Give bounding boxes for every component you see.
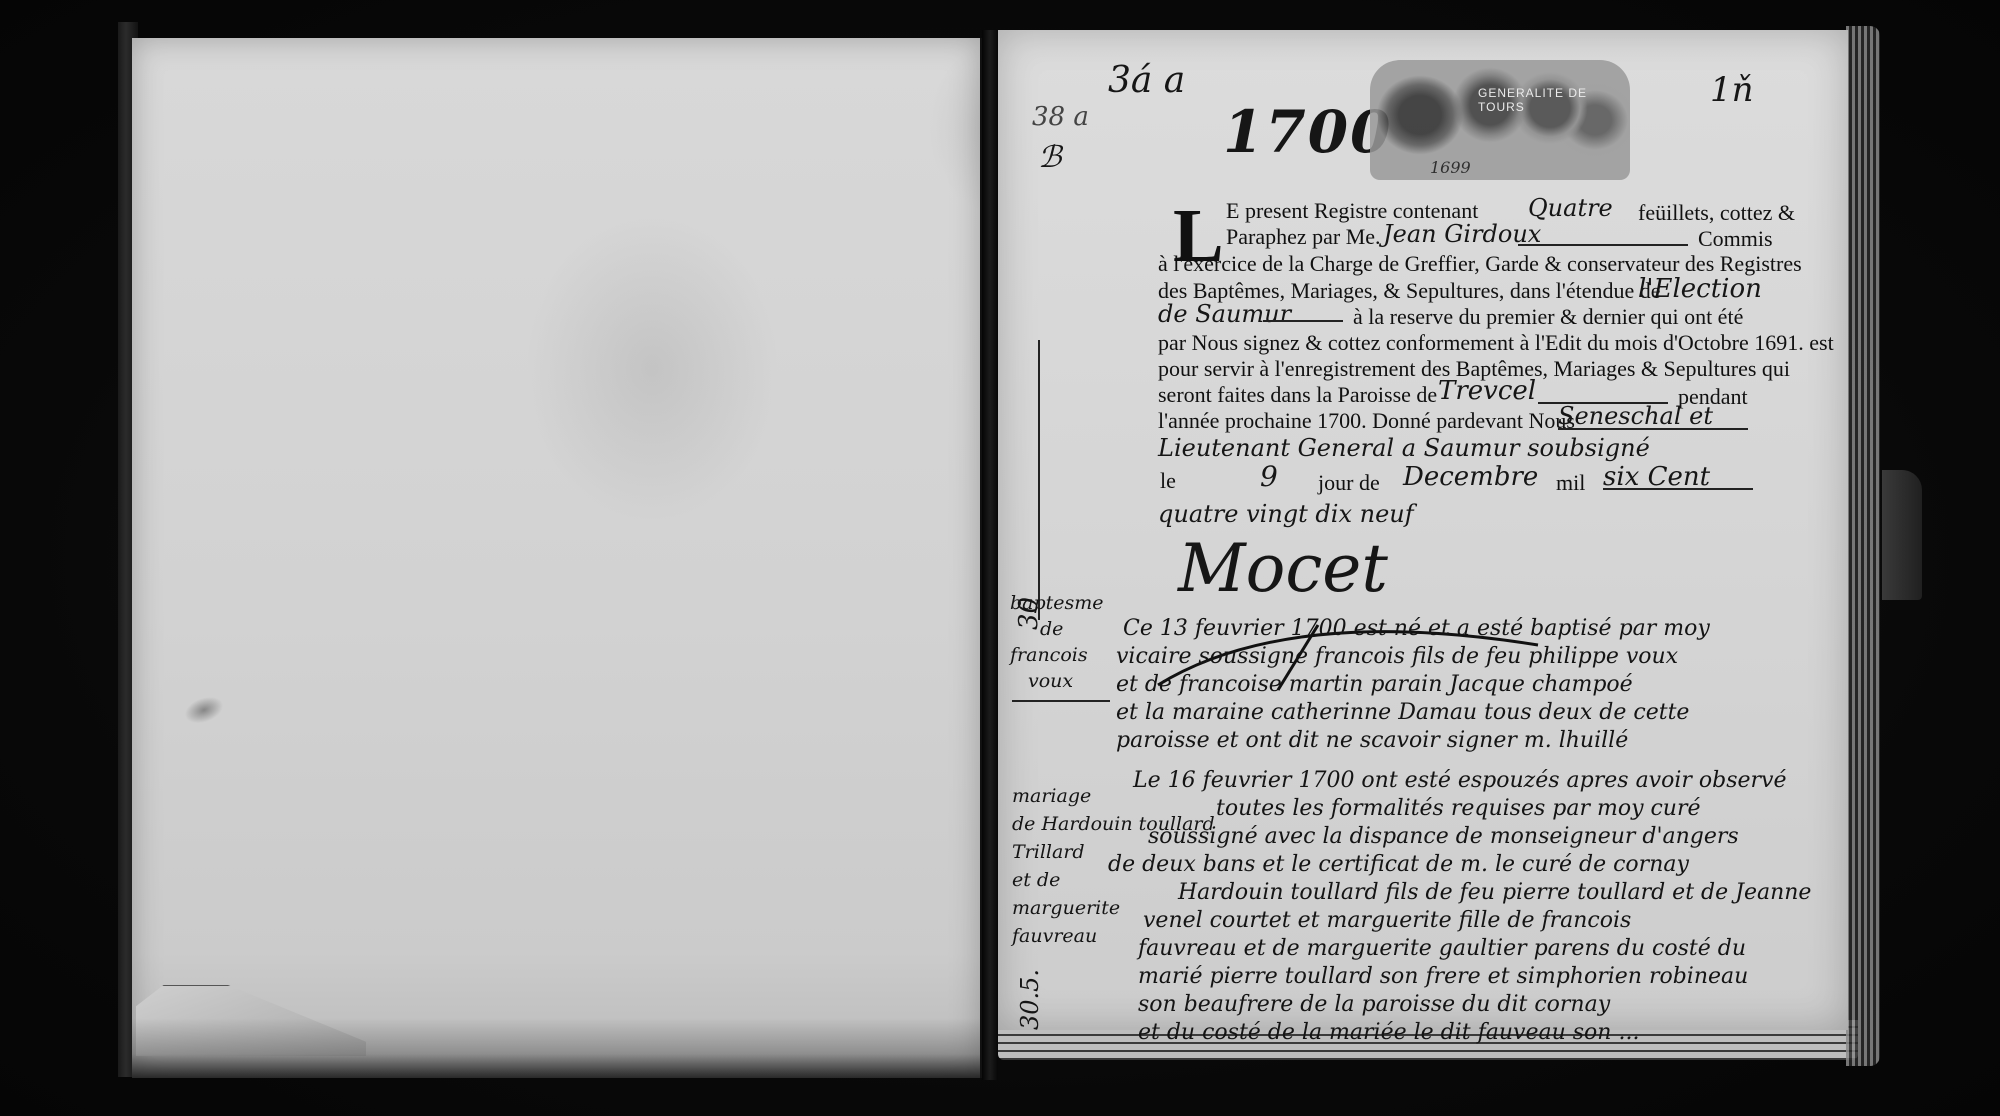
form-line-11-day: 9	[1260, 460, 1278, 493]
entry-1-line: et la maraine catherinne Damau tous deux…	[1116, 700, 1689, 725]
form-blank-rule	[1603, 488, 1753, 490]
ink-smudge	[181, 692, 227, 728]
entry-2-line: fauvreau et de marguerite gaultier paren…	[1138, 936, 1746, 961]
page-fore-edge	[1846, 26, 1880, 1066]
image-viewer: 3á a 38 a ℬ 1700 1ň GENERALITE DE TOURS …	[0, 0, 2000, 1116]
entry-1-line: Ce 13 feuvrier 1700 est né et a esté bap…	[1123, 616, 1710, 641]
form-line-9-hand: Seneschal et	[1558, 402, 1713, 430]
entry-2-line: Hardouin toullard fils de feu pierre tou…	[1178, 880, 1811, 905]
left-page-blank	[132, 38, 984, 1078]
book-gutter	[982, 30, 998, 1080]
entry-2-line: et du costé de la mariée le dit fauveau …	[1138, 1020, 1639, 1045]
torn-page-edge	[132, 1018, 980, 1078]
top-reference: 3á a	[1108, 60, 1185, 101]
margin-label-line: francois	[1010, 642, 1104, 668]
margin-reference: 38 a	[1032, 102, 1089, 132]
stamp-label: GENERALITE DE TOURS	[1478, 86, 1630, 114]
form-blank-rule	[1558, 428, 1748, 430]
margin-number-30-5: 30.5.	[1016, 969, 1044, 1030]
entry-2-line: son beaufrere de la paroisse du dit corn…	[1138, 992, 1610, 1017]
entry-2-line: soussigné avec la dispance de monseigneu…	[1148, 824, 1739, 849]
entry-2-line: toutes les formalités requises par moy c…	[1216, 796, 1701, 821]
right-page-register: 3á a 38 a ℬ 1700 1ň GENERALITE DE TOURS …	[998, 30, 1848, 1030]
margin-label-line: voux	[1010, 668, 1104, 694]
entry-2-line: Le 16 feuvrier 1700 ont esté espouzés ap…	[1133, 768, 1787, 793]
stamp-year: 1699	[1430, 158, 1471, 177]
entry-separator	[1012, 700, 1110, 702]
tax-stamp: GENERALITE DE TOURS 1699	[1370, 60, 1630, 180]
entry-1-line: et de francoise martin parain Jacque cha…	[1116, 672, 1633, 697]
form-blank-rule	[1518, 244, 1688, 246]
form-line-11-month: Decembre	[1403, 462, 1538, 492]
form-line-11-mil: mil	[1556, 470, 1585, 496]
form-line-5-after: à la reserve du premier & dernier qui on…	[1353, 304, 1743, 330]
paraph-mark: ℬ	[1038, 140, 1062, 175]
entry-1-line: vicaire soussigné francois fils de feu p…	[1116, 644, 1678, 669]
form-line-1-hand: Quatre	[1528, 194, 1613, 222]
form-line-2-printed: Paraphez par Me.	[1226, 224, 1381, 250]
paper-tab	[1882, 470, 1922, 600]
form-line-4-hand: l'Election	[1638, 274, 1762, 304]
margin-paraph-stroke	[1038, 340, 1040, 620]
folio-number: 1ň	[1710, 70, 1754, 110]
form-line-12-hand: quatre vingt dix neuf	[1158, 500, 1414, 528]
form-line-1-after: feüillets, cottez &	[1638, 200, 1795, 226]
entry-1-margin-label: baptesme de francois voux	[1010, 590, 1104, 694]
form-line-6: par Nous signez & cottez conformement à …	[1158, 330, 1834, 356]
form-line-8-hand: Trevcel	[1438, 376, 1536, 406]
form-line-5-hand: de Saumur	[1158, 300, 1291, 328]
form-line-9-printed: l'année prochaine 1700. Donné pardevant …	[1158, 408, 1575, 434]
year-heading: 1700	[1223, 98, 1392, 166]
form-line-8-printed: seront faites dans la Paroisse de	[1158, 382, 1437, 408]
entry-1-line: paroisse et ont dit ne scavoir signer m.…	[1116, 728, 1628, 753]
form-line-2-after: Commis	[1698, 226, 1773, 252]
entry-2-line: venel courtet et marguerite fille de fra…	[1143, 908, 1631, 933]
form-line-10-hand: Lieutenant General a Saumur soubsigné	[1158, 434, 1650, 462]
form-line-11-jourde: jour de	[1318, 470, 1380, 496]
margin-label-line: de	[1010, 616, 1104, 642]
form-blank-rule	[1263, 320, 1343, 322]
entry-2-line: de deux bans et le certificat de m. le c…	[1108, 852, 1689, 877]
form-line-11-le: le	[1160, 468, 1176, 494]
entry-2-line: marié pierre toullard son frere et simph…	[1138, 964, 1748, 989]
margin-label-line: baptesme	[1010, 590, 1104, 616]
